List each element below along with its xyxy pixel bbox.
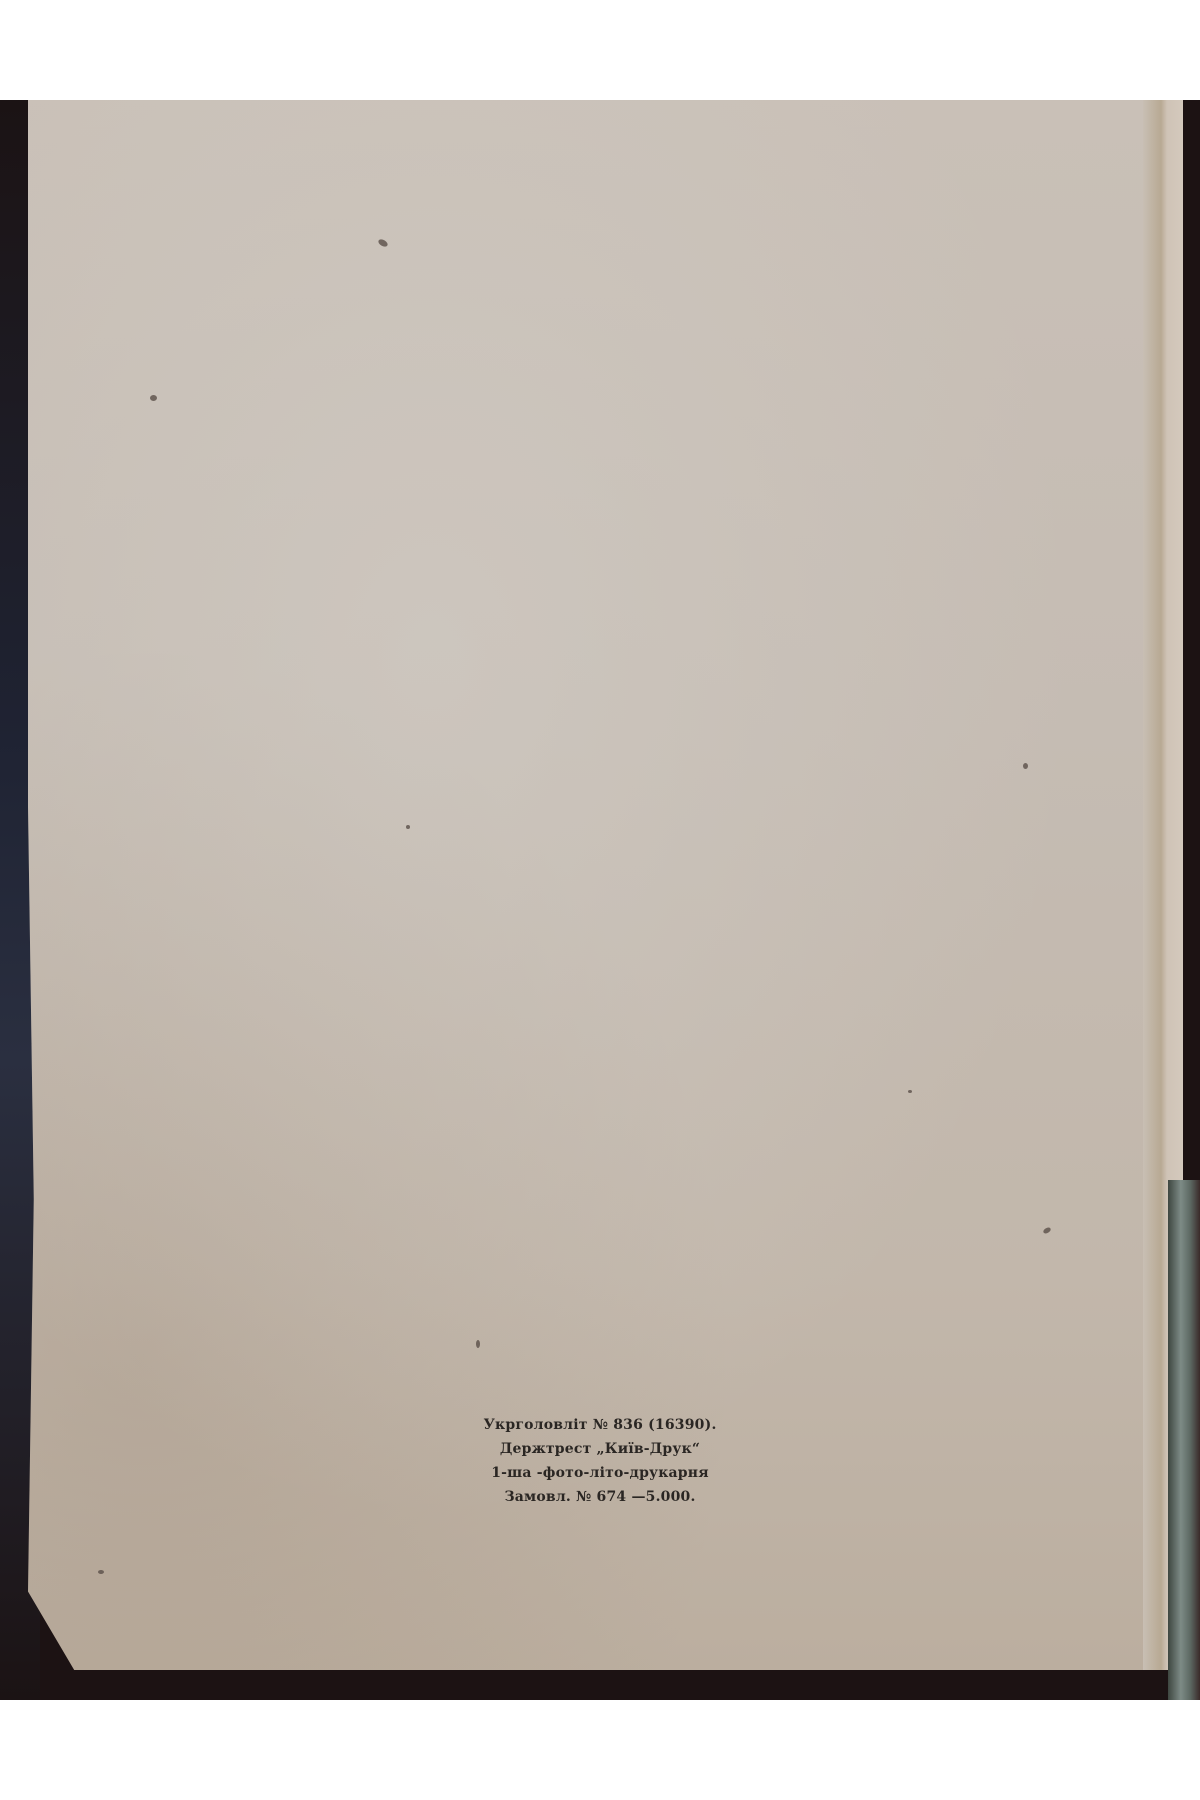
printer-imprint: Укрголовліт № 836 (16390). Держтрест „Ки… (470, 1413, 730, 1509)
paper-speck (908, 1090, 912, 1093)
book-binding (1168, 1180, 1200, 1700)
paper-speck (98, 1570, 104, 1574)
paper-speck (1042, 1226, 1051, 1234)
imprint-line-censor: Укрголовліт № 836 (16390). (470, 1413, 730, 1437)
imprint-line-printing-house: 1-ша -фото-літо-друкарня (470, 1461, 730, 1485)
paper-speck (476, 1340, 480, 1348)
imprint-line-order: Замовл. № 674 —5.000. (470, 1485, 730, 1509)
paper-speck (150, 395, 157, 401)
paper-speck (406, 825, 410, 829)
paper-speck (377, 238, 389, 248)
imprint-line-trust: Держтрест „Київ-Друк“ (470, 1437, 730, 1461)
paper-speck (1023, 763, 1028, 769)
